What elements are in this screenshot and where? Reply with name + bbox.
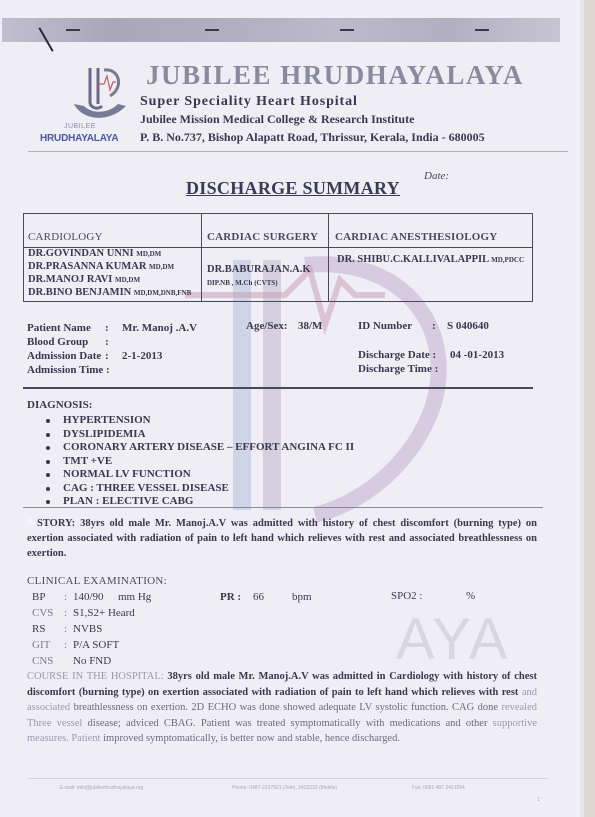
scan-mark <box>66 29 80 31</box>
diagnosis-item: CAG : THREE VESSEL DISEASE <box>44 482 354 496</box>
footer-divider <box>28 778 548 779</box>
cvs-value: S1,S2+ Heard <box>73 607 135 619</box>
pr-value: 66 <box>253 591 264 603</box>
scan-mark <box>205 29 219 31</box>
admission-time-label: Admission Time : <box>27 364 110 376</box>
footer-phone: Phone: 0487-2337501 (Tele), 3433333 (Mob… <box>232 785 337 791</box>
bp-label: BP <box>32 591 45 603</box>
age-sex-label: Age/Sex: <box>246 320 288 332</box>
hospital-address: P. B. No.737, Bishop Alapatt Road, Thris… <box>140 130 485 145</box>
bp-unit: mm Hg <box>118 591 151 603</box>
document-title: DISCHARGE SUMMARY <box>186 178 400 199</box>
section-divider <box>23 507 543 508</box>
diagnosis-item: TMT +VE <box>44 455 354 469</box>
doctor-name: DR.MANOJ RAVI MD,DM <box>28 274 140 285</box>
patient-name-label: Patient Name <box>27 322 91 334</box>
diagnosis-item: NORMAL LV FUNCTION <box>44 468 354 482</box>
diagnosis-item: DYSLIPIDEMIA <box>44 428 354 442</box>
hospital-institute: Jubilee Mission Medical College & Resear… <box>140 112 414 127</box>
footer-email: E-mail: info@jubileehrudhayalaya.org <box>60 785 143 791</box>
id-number-label: ID Number <box>358 320 412 332</box>
cns-value: No FND <box>73 655 111 667</box>
doctor-name: DR.PRASANNA KUMAR MD,DM <box>28 261 174 272</box>
blood-group-label: Blood Group <box>27 336 88 348</box>
section-divider <box>23 387 533 389</box>
git-value: P/A SOFT <box>73 639 119 651</box>
pr-unit: bpm <box>292 591 312 603</box>
doctor-name: DR.GOVINDAN UNNI MD,DM <box>28 248 161 259</box>
colon: : <box>105 350 109 362</box>
patient-name: Mr. Manoj .A.V <box>122 322 197 334</box>
doctor-name: DR. SHIBU.C.KALLIVALAPPIL MD,PDCC <box>337 254 524 265</box>
bp-value: 140/90 <box>73 591 104 603</box>
colon: : <box>64 607 67 619</box>
colon: : <box>64 591 67 603</box>
header-divider <box>28 151 568 152</box>
watermark-text: AYA <box>396 606 509 673</box>
hospital-subtitle: Super Speciality Heart Hospital <box>140 94 358 110</box>
scan-mark <box>475 29 489 31</box>
rs-value: NVBS <box>73 623 102 635</box>
page-number: 1 <box>537 797 540 803</box>
table-divider <box>328 213 329 302</box>
logo-text-bottom: HRUDHAYALAYA <box>40 133 118 144</box>
colon: : <box>64 639 67 651</box>
colon: : <box>64 623 67 635</box>
admission-date-value: 2-1-2013 <box>122 350 162 362</box>
discharge-time-label: Discharge Time : <box>358 363 438 375</box>
git-label: GIT <box>32 639 50 651</box>
doctor-name: DR.BABURAJAN.A.K <box>207 264 311 275</box>
clinical-exam-title: CLINICAL EXAMINATION: <box>27 575 167 587</box>
colon: : <box>105 336 109 348</box>
scan-edge <box>584 0 595 817</box>
age-sex-value: 38/M <box>298 320 322 332</box>
logo-text-top: JUBILEE <box>64 123 96 130</box>
dept-cardiac-surgery: CARDIAC SURGERY <box>207 231 318 243</box>
doctor-qualification: DIP.NB , M.Ch (CVTS) <box>207 279 278 287</box>
diagnosis-item: CORONARY ARTERY DISEASE – EFFORT ANGINA … <box>44 441 354 455</box>
doctor-name: DR.BINO BENJAMIN MD,DM,DNB,FNB <box>28 287 191 298</box>
dept-cardiology: CARDIOLOGY <box>28 231 103 243</box>
cns-label: CNS <box>32 655 53 667</box>
admission-date-label: Admission Date <box>27 350 101 362</box>
hospital-name: JUBILEE HRUDHAYALAYA <box>146 60 524 91</box>
dept-cardiac-anesthesiology: CARDIAC ANESTHESIOLOGY <box>335 231 497 243</box>
spo2-unit: % <box>466 590 475 602</box>
rs-label: RS <box>32 623 45 635</box>
heart-hand-logo-icon <box>68 64 130 126</box>
scan-mark <box>340 29 354 31</box>
colon: : <box>105 322 109 334</box>
diagnosis-item: HYPERTENSION <box>44 414 354 428</box>
course-in-hospital: COURSE IN THE HOSPITAL: 38yrs old male M… <box>27 669 537 747</box>
table-divider <box>201 213 202 302</box>
diagnosis-list: HYPERTENSION DYSLIPIDEMIA CORONARY ARTER… <box>44 414 354 509</box>
history-paragraph: STORY: 38yrs old male Mr. Manoj.A.V was … <box>27 516 537 561</box>
id-number-value: S 040640 <box>447 320 489 332</box>
discharge-date-value: 04 -01-2013 <box>450 349 504 361</box>
colon: : <box>432 320 436 332</box>
spo2-label: SPO2 : <box>391 590 423 602</box>
pr-label: PR : <box>220 591 241 603</box>
date-label: Date: <box>424 170 449 182</box>
cvs-label: CVS <box>32 607 53 619</box>
footer-fax: Fax: 0091 487 2421554 <box>412 785 465 791</box>
discharge-date-label: Discharge Date : <box>358 349 436 361</box>
diagnosis-title: DIAGNOSIS: <box>27 399 92 411</box>
punch-hole-icon <box>27 518 35 526</box>
